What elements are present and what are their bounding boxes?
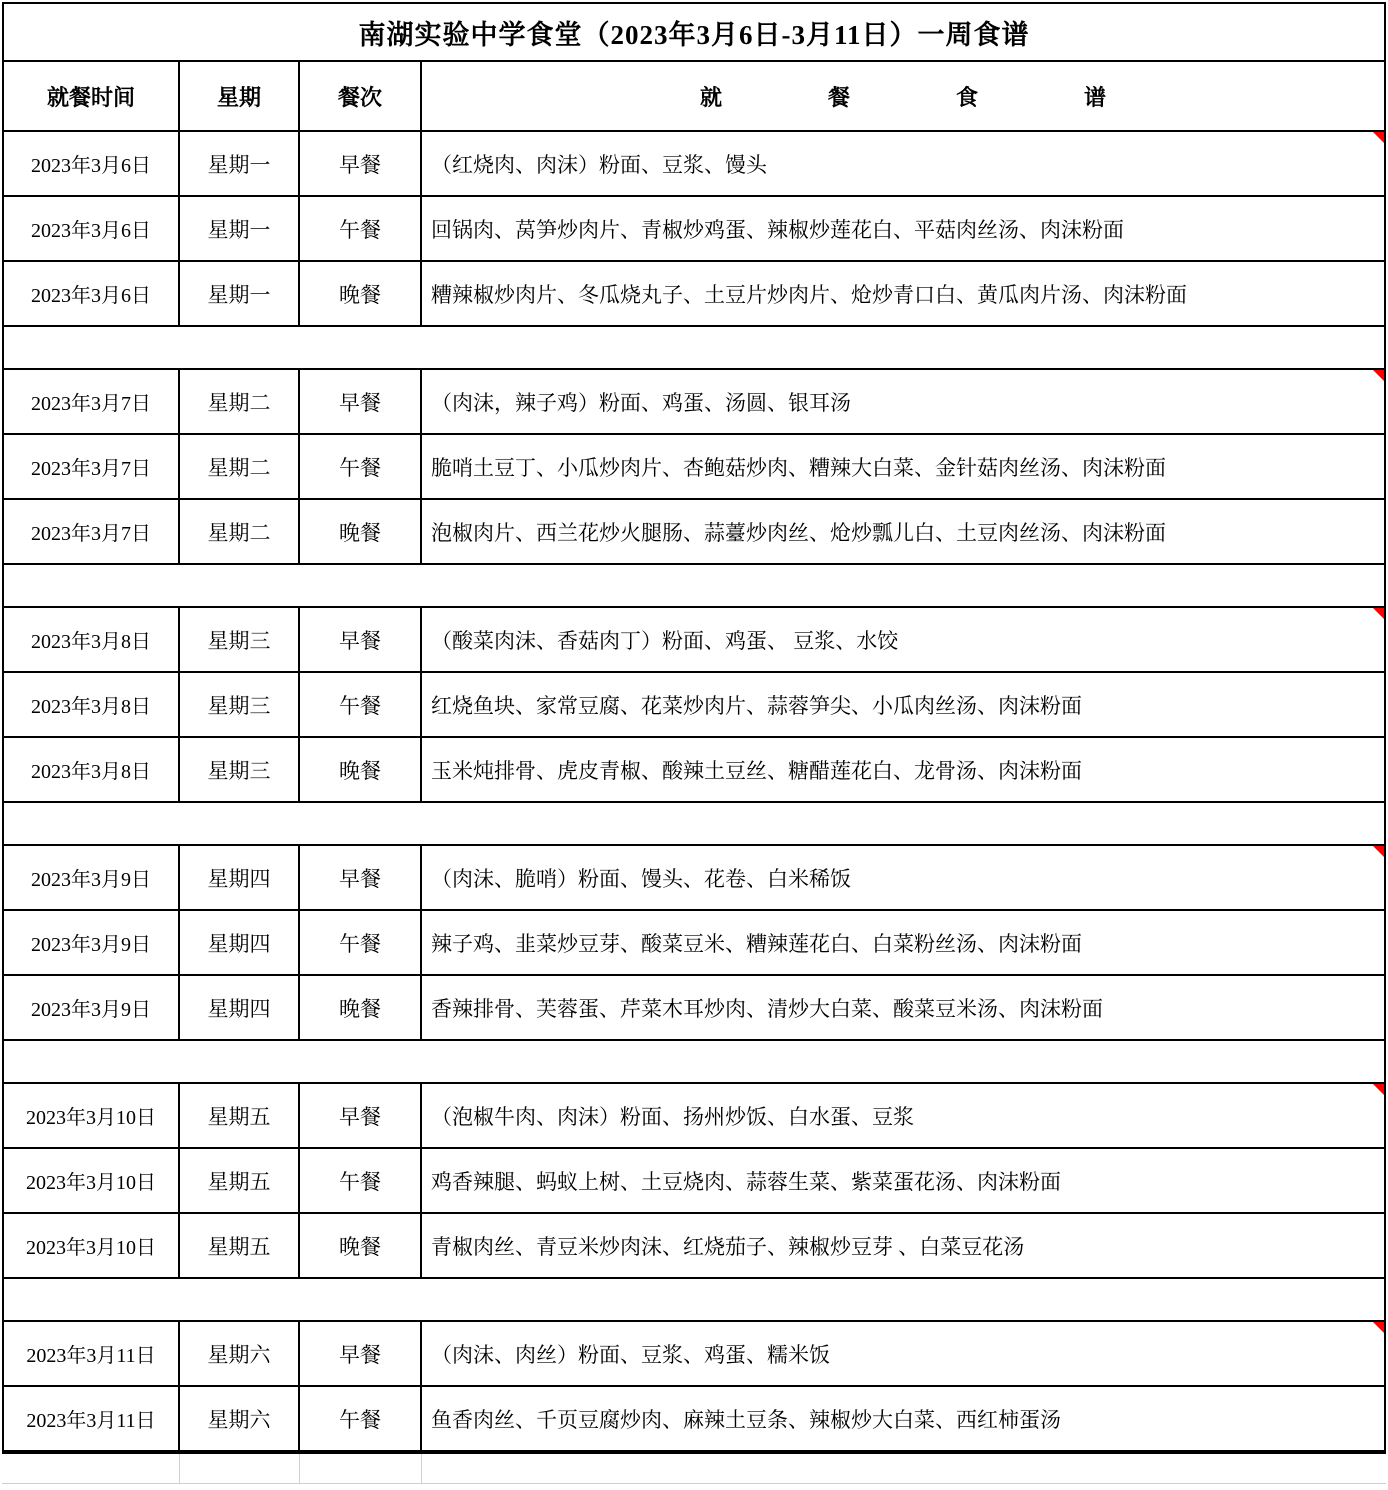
menu-cell: 回锅肉、莴笋炒肉片、青椒炒鸡蛋、辣椒炒莲花白、平菇肉丝汤、肉沫粉面 bbox=[422, 197, 1384, 260]
menu-cell: 红烧鱼块、家常豆腐、花菜炒肉片、蒜蓉笋尖、小瓜肉丝汤、肉沫粉面 bbox=[422, 673, 1384, 736]
weekday-cell: 星期二 bbox=[180, 435, 300, 498]
date-cell: 2023年3月6日 bbox=[4, 262, 180, 325]
date-cell: 2023年3月10日 bbox=[4, 1214, 180, 1277]
separator-row bbox=[4, 327, 1384, 370]
weekday-cell: 星期四 bbox=[180, 846, 300, 909]
meal-cell: 早餐 bbox=[300, 846, 422, 909]
meal-cell: 午餐 bbox=[300, 673, 422, 736]
meal-cell: 午餐 bbox=[300, 911, 422, 974]
menu-cell: 鱼香肉丝、千页豆腐炒肉、麻辣土豆条、辣椒炒大白菜、西红柿蛋汤 bbox=[422, 1387, 1384, 1450]
menu-cell: 脆哨土豆丁、小瓜炒肉片、杏鲍菇炒肉、糟辣大白菜、金针菇肉丝汤、肉沫粉面 bbox=[422, 435, 1384, 498]
table-row: 2023年3月10日星期五午餐鸡香辣腿、蚂蚁上树、土豆烧肉、蒜蓉生菜、紫菜蛋花汤… bbox=[4, 1149, 1384, 1214]
header-weekday: 星期 bbox=[180, 62, 300, 130]
menu-cell: 青椒肉丝、青豆米炒肉沫、红烧茄子、辣椒炒豆芽 、白菜豆花汤 bbox=[422, 1214, 1384, 1277]
weekday-cell: 星期一 bbox=[180, 132, 300, 195]
date-cell: 2023年3月7日 bbox=[4, 435, 180, 498]
weekday-cell: 星期三 bbox=[180, 673, 300, 736]
table-row: 2023年3月6日星期一午餐回锅肉、莴笋炒肉片、青椒炒鸡蛋、辣椒炒莲花白、平菇肉… bbox=[4, 197, 1384, 262]
weekday-cell: 星期五 bbox=[180, 1214, 300, 1277]
date-cell: 2023年3月11日 bbox=[4, 1322, 180, 1385]
comment-indicator-icon[interactable] bbox=[1373, 608, 1384, 619]
date-cell: 2023年3月10日 bbox=[4, 1084, 180, 1147]
meal-cell: 午餐 bbox=[300, 197, 422, 260]
page-title: 南湖实验中学食堂（2023年3月6日-3月11日）一周食谱 bbox=[358, 13, 1029, 52]
weekday-cell: 星期三 bbox=[180, 608, 300, 671]
header-menu: 就餐食谱 bbox=[422, 62, 1384, 130]
weekday-cell: 星期三 bbox=[180, 738, 300, 801]
menu-cell: （肉沫、脆哨）粉面、馒头、花卷、白米稀饭 bbox=[422, 846, 1384, 909]
menu-cell: 香辣排骨、芙蓉蛋、芹菜木耳炒肉、清炒大白菜、酸菜豆米汤、肉沫粉面 bbox=[422, 976, 1384, 1039]
partial-gridline-row bbox=[2, 1454, 1386, 1484]
menu-cell: （酸菜肉沫、香菇肉丁）粉面、鸡蛋、 豆浆、水饺 bbox=[422, 608, 1384, 671]
meal-cell: 晚餐 bbox=[300, 262, 422, 325]
date-cell: 2023年3月8日 bbox=[4, 738, 180, 801]
menu-cell: （红烧肉、肉沫）粉面、豆浆、馒头 bbox=[422, 132, 1384, 195]
menu-cell: 鸡香辣腿、蚂蚁上树、土豆烧肉、蒜蓉生菜、紫菜蛋花汤、肉沫粉面 bbox=[422, 1149, 1384, 1212]
weekday-cell: 星期一 bbox=[180, 262, 300, 325]
meal-cell: 午餐 bbox=[300, 1387, 422, 1450]
comment-indicator-icon[interactable] bbox=[1373, 132, 1384, 143]
meal-cell: 晚餐 bbox=[300, 738, 422, 801]
menu-cell: 辣子鸡、韭菜炒豆芽、酸菜豆米、糟辣莲花白、白菜粉丝汤、肉沫粉面 bbox=[422, 911, 1384, 974]
date-cell: 2023年3月9日 bbox=[4, 976, 180, 1039]
date-cell: 2023年3月9日 bbox=[4, 846, 180, 909]
table-row: 2023年3月6日星期一晚餐糟辣椒炒肉片、冬瓜烧丸子、土豆片炒肉片、炝炒青口白、… bbox=[4, 262, 1384, 327]
title-row: 南湖实验中学食堂（2023年3月6日-3月11日）一周食谱 bbox=[4, 4, 1384, 62]
table-header-row: 就餐时间 星期 餐次 就餐食谱 bbox=[4, 62, 1384, 132]
weekday-cell: 星期一 bbox=[180, 197, 300, 260]
menu-cell: （肉沫，辣子鸡）粉面、鸡蛋、汤圆、银耳汤 bbox=[422, 370, 1384, 433]
weekday-cell: 星期五 bbox=[180, 1149, 300, 1212]
table-row: 2023年3月10日星期五晚餐青椒肉丝、青豆米炒肉沫、红烧茄子、辣椒炒豆芽 、白… bbox=[4, 1214, 1384, 1279]
comment-indicator-icon[interactable] bbox=[1373, 1084, 1384, 1095]
menu-cell: 玉米炖排骨、虎皮青椒、酸辣土豆丝、糖醋莲花白、龙骨汤、肉沫粉面 bbox=[422, 738, 1384, 801]
date-cell: 2023年3月8日 bbox=[4, 673, 180, 736]
menu-cell: 糟辣椒炒肉片、冬瓜烧丸子、土豆片炒肉片、炝炒青口白、黄瓜肉片汤、肉沫粉面 bbox=[422, 262, 1384, 325]
date-cell: 2023年3月11日 bbox=[4, 1387, 180, 1450]
table-row: 2023年3月8日星期三早餐（酸菜肉沫、香菇肉丁）粉面、鸡蛋、 豆浆、水饺 bbox=[4, 608, 1384, 673]
separator-row bbox=[4, 803, 1384, 846]
date-cell: 2023年3月6日 bbox=[4, 197, 180, 260]
date-cell: 2023年3月10日 bbox=[4, 1149, 180, 1212]
separator-row bbox=[4, 1279, 1384, 1322]
menu-cell: （肉沫、肉丝）粉面、豆浆、鸡蛋、糯米饭 bbox=[422, 1322, 1384, 1385]
meal-cell: 晚餐 bbox=[300, 500, 422, 563]
table-row: 2023年3月11日星期六午餐鱼香肉丝、千页豆腐炒肉、麻辣土豆条、辣椒炒大白菜、… bbox=[4, 1387, 1384, 1452]
menu-cell: （泡椒牛肉、肉沫）粉面、扬州炒饭、白水蛋、豆浆 bbox=[422, 1084, 1384, 1147]
empty-cell bbox=[300, 1454, 422, 1483]
empty-cell bbox=[2, 1454, 180, 1483]
table-row: 2023年3月7日星期二早餐（肉沫，辣子鸡）粉面、鸡蛋、汤圆、银耳汤 bbox=[4, 370, 1384, 435]
comment-indicator-icon[interactable] bbox=[1373, 846, 1384, 857]
empty-cell bbox=[422, 1454, 1386, 1483]
weekday-cell: 星期六 bbox=[180, 1387, 300, 1450]
date-cell: 2023年3月9日 bbox=[4, 911, 180, 974]
table-body: 2023年3月6日星期一早餐（红烧肉、肉沫）粉面、豆浆、馒头2023年3月6日星… bbox=[4, 132, 1384, 1452]
table-row: 2023年3月8日星期三午餐红烧鱼块、家常豆腐、花菜炒肉片、蒜蓉笋尖、小瓜肉丝汤… bbox=[4, 673, 1384, 738]
table-row: 2023年3月9日星期四早餐（肉沫、脆哨）粉面、馒头、花卷、白米稀饭 bbox=[4, 846, 1384, 911]
date-cell: 2023年3月7日 bbox=[4, 370, 180, 433]
header-menu-label: 就餐食谱 bbox=[700, 81, 1212, 112]
table-row: 2023年3月6日星期一早餐（红烧肉、肉沫）粉面、豆浆、馒头 bbox=[4, 132, 1384, 197]
table-row: 2023年3月8日星期三晚餐玉米炖排骨、虎皮青椒、酸辣土豆丝、糖醋莲花白、龙骨汤… bbox=[4, 738, 1384, 803]
meal-cell: 早餐 bbox=[300, 132, 422, 195]
menu-cell: 泡椒肉片、西兰花炒火腿肠、蒜薹炒肉丝、炝炒瓢儿白、土豆肉丝汤、肉沫粉面 bbox=[422, 500, 1384, 563]
weekday-cell: 星期二 bbox=[180, 500, 300, 563]
meal-cell: 早餐 bbox=[300, 370, 422, 433]
separator-row bbox=[4, 1041, 1384, 1084]
weekday-cell: 星期六 bbox=[180, 1322, 300, 1385]
table-row: 2023年3月7日星期二午餐脆哨土豆丁、小瓜炒肉片、杏鲍菇炒肉、糟辣大白菜、金针… bbox=[4, 435, 1384, 500]
comment-indicator-icon[interactable] bbox=[1373, 370, 1384, 381]
weekday-cell: 星期四 bbox=[180, 976, 300, 1039]
comment-indicator-icon[interactable] bbox=[1373, 1322, 1384, 1333]
date-cell: 2023年3月8日 bbox=[4, 608, 180, 671]
weekday-cell: 星期四 bbox=[180, 911, 300, 974]
meal-cell: 早餐 bbox=[300, 1322, 422, 1385]
table-row: 2023年3月10日星期五早餐（泡椒牛肉、肉沫）粉面、扬州炒饭、白水蛋、豆浆 bbox=[4, 1084, 1384, 1149]
date-cell: 2023年3月6日 bbox=[4, 132, 180, 195]
separator-row bbox=[4, 565, 1384, 608]
weekly-menu-table: 南湖实验中学食堂（2023年3月6日-3月11日）一周食谱 就餐时间 星期 餐次… bbox=[2, 2, 1386, 1454]
meal-cell: 早餐 bbox=[300, 608, 422, 671]
empty-cell bbox=[180, 1454, 300, 1483]
meal-cell: 晚餐 bbox=[300, 976, 422, 1039]
meal-cell: 晚餐 bbox=[300, 1214, 422, 1277]
weekday-cell: 星期二 bbox=[180, 370, 300, 433]
header-meal: 餐次 bbox=[300, 62, 422, 130]
table-row: 2023年3月7日星期二晚餐泡椒肉片、西兰花炒火腿肠、蒜薹炒肉丝、炝炒瓢儿白、土… bbox=[4, 500, 1384, 565]
meal-cell: 早餐 bbox=[300, 1084, 422, 1147]
meal-cell: 午餐 bbox=[300, 435, 422, 498]
header-time: 就餐时间 bbox=[4, 62, 180, 130]
date-cell: 2023年3月7日 bbox=[4, 500, 180, 563]
table-row: 2023年3月11日星期六早餐（肉沫、肉丝）粉面、豆浆、鸡蛋、糯米饭 bbox=[4, 1322, 1384, 1387]
meal-cell: 午餐 bbox=[300, 1149, 422, 1212]
weekday-cell: 星期五 bbox=[180, 1084, 300, 1147]
table-row: 2023年3月9日星期四晚餐香辣排骨、芙蓉蛋、芹菜木耳炒肉、清炒大白菜、酸菜豆米… bbox=[4, 976, 1384, 1041]
table-row: 2023年3月9日星期四午餐辣子鸡、韭菜炒豆芽、酸菜豆米、糟辣莲花白、白菜粉丝汤… bbox=[4, 911, 1384, 976]
